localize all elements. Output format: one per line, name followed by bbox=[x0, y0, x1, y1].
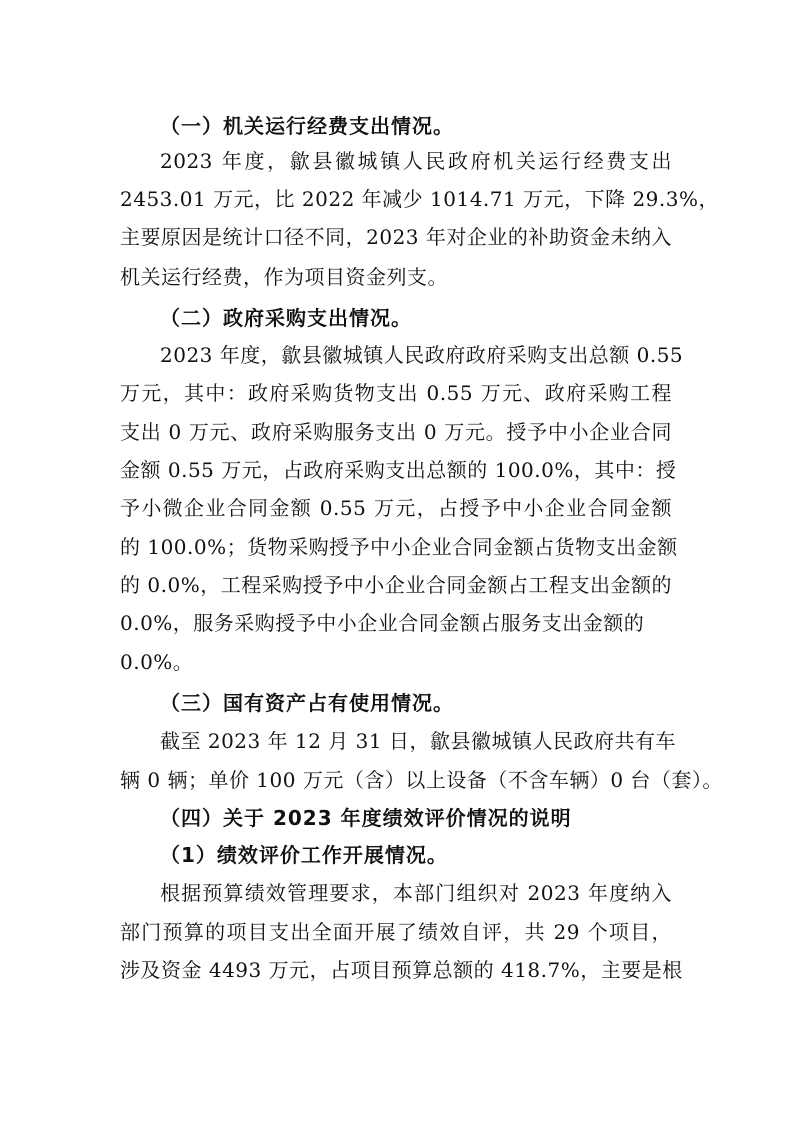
paragraph-line: 2023 年度，歙县徽城镇人民政府政府采购支出总额 0.55 bbox=[160, 343, 672, 367]
paragraph-line: 0.0%。 bbox=[120, 650, 672, 674]
paragraph-line: 截至 2023 年 12 月 31 日，歙县徽城镇人民政府共有车 bbox=[160, 729, 672, 753]
paragraph-line: 予小微企业合同金额 0.55 万元，占授予中小企业合同金额 bbox=[120, 496, 672, 520]
section-heading-performance-evaluation: （四）关于 2023 年度绩效评价情况的说明 bbox=[160, 806, 572, 830]
paragraph-line: 2023 年度，歙县徽城镇人民政府机关运行经费支出 bbox=[160, 149, 672, 173]
paragraph-line: 根据预算绩效管理要求，本部门组织对 2023 年度纳入 bbox=[160, 881, 672, 905]
section-heading-procurement: （二）政府采购支出情况。 bbox=[160, 306, 412, 330]
section-heading-state-assets: （三）国有资产占有使用情况。 bbox=[160, 691, 454, 715]
paragraph-line: 部门预算的项目支出全面开展了绩效自评，共 29 个项目， bbox=[120, 920, 672, 944]
subsection-heading-evaluation-work: （1）绩效评价工作开展情况。 bbox=[160, 843, 448, 867]
document-page: （一）机关运行经费支出情况。 2023 年度，歙县徽城镇人民政府机关运行经费支出… bbox=[0, 0, 793, 1122]
paragraph-line: 金额 0.55 万元，占政府采购支出总额的 100.0%，其中：授 bbox=[120, 458, 672, 482]
paragraph-line: 2453.01 万元，比 2022 年减少 1014.71 万元，下降 29.3… bbox=[120, 187, 672, 211]
paragraph-line: 机关运行经费，作为项目资金列支。 bbox=[120, 265, 672, 289]
paragraph-line: 主要原因是统计口径不同，2023 年对企业的补助资金未纳入 bbox=[120, 225, 672, 249]
paragraph-line: 0.0%，服务采购授予中小企业合同金额占服务支出金额的 bbox=[120, 611, 620, 635]
section-heading-operating-expenses: （一）机关运行经费支出情况。 bbox=[160, 114, 454, 138]
paragraph-line: 涉及资金 4493 万元，占项目预算总额的 418.7%，主要是根 bbox=[120, 958, 672, 982]
paragraph-line: 支出 0 万元、政府采购服务支出 0 万元。授予中小企业合同 bbox=[120, 420, 672, 444]
paragraph-line: 辆 0 辆；单价 100 万元（含）以上设备（不含车辆）0 台（套）。 bbox=[120, 768, 680, 792]
paragraph-line: 的 100.0%；货物采购授予中小企业合同金额占货物支出金额 bbox=[120, 535, 672, 559]
paragraph-line: 万元，其中：政府采购货物支出 0.55 万元、政府采购工程 bbox=[120, 381, 672, 405]
paragraph-line: 的 0.0%，工程采购授予中小企业合同金额占工程支出金额的 bbox=[120, 573, 672, 597]
